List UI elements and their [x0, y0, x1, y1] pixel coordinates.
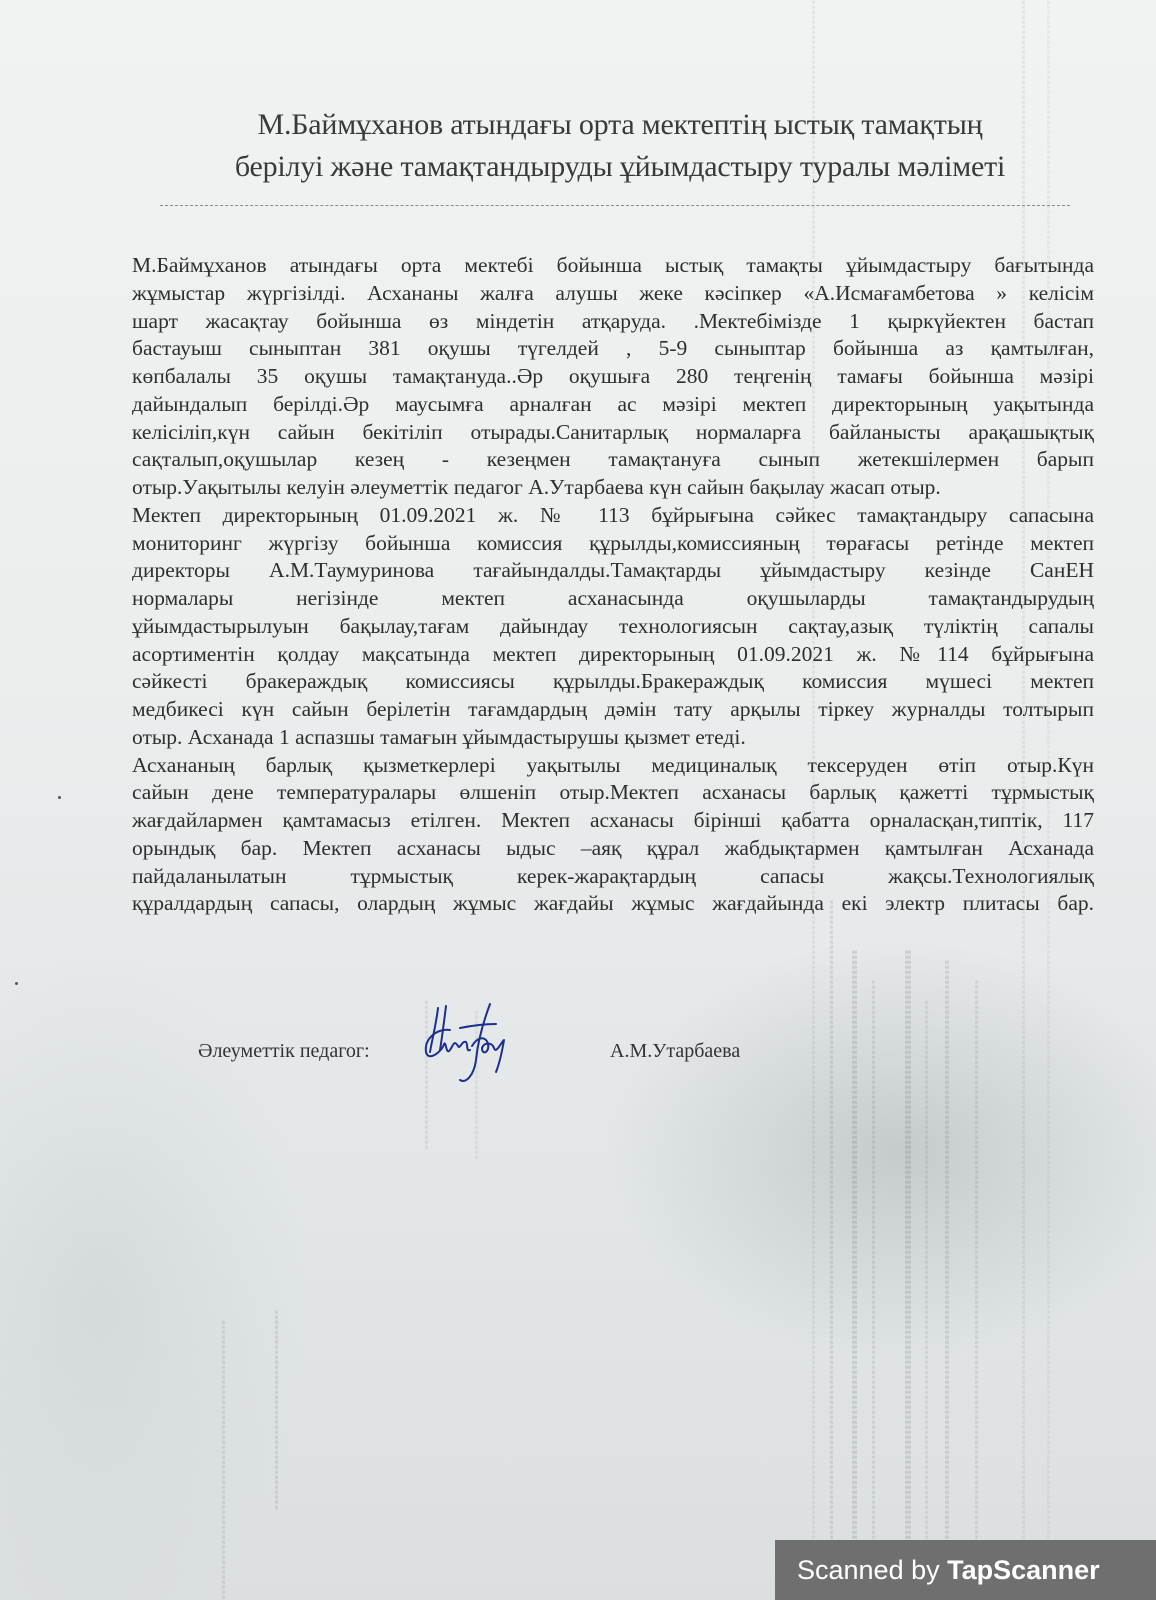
handwritten-signature-icon — [420, 1000, 515, 1090]
body-line: асортиментін қолдау мақсатында мектеп ди… — [132, 641, 1094, 669]
body-line: мониторинг жүргізу бойынша комиссия құры… — [132, 530, 1094, 558]
dotted-divider — [160, 205, 1070, 206]
title-line-2: берілуі және тамақтандыруды ұйымдастыру … — [170, 146, 1070, 188]
body-line: жағдайлармен қамтамасыз етілген. Мектеп … — [132, 807, 1094, 835]
body-line: директоры А.М.Таумуринова тағайындалды.Т… — [132, 557, 1094, 585]
body-line: нормалары негізінде мектеп асханасында о… — [132, 585, 1094, 613]
body-line: медбикесі күн сайын берілетін тағамдарды… — [132, 696, 1094, 724]
body-line: отыр. Асханада 1 аспазшы тамағын ұйымдас… — [132, 724, 1094, 752]
body-line: жұмыстар жүргізілді. Асхананы жалға алуш… — [132, 280, 1094, 308]
body-line: сақталып,оқушылар кезең - кезеңмен тамақ… — [132, 446, 1094, 474]
body-line: отыр.Уақытылы келуін әлеуметтік педагог … — [132, 474, 1094, 502]
speck — [58, 796, 61, 799]
body-line: келісіліп,күн сайын бекітіліп отырады.Са… — [132, 419, 1094, 447]
title-line-1: М.Баймұханов атындағы орта мектептің ыст… — [170, 104, 1070, 146]
body-line: Мектеп директорының 01.09.2021 ж. № 113 … — [132, 502, 1094, 530]
document-title: М.Баймұханов атындағы орта мектептің ыст… — [170, 104, 1070, 188]
body-line: құралдардың сапасы, олардың жұмыс жағдай… — [132, 890, 1094, 918]
body-line: пайдаланылатын тұрмыстық керек-жарақтард… — [132, 863, 1094, 891]
document-body: М.Баймұханов атындағы орта мектебі бойын… — [132, 252, 1094, 918]
watermark-prefix: Scanned by — [797, 1555, 947, 1585]
signature-block: Әлеуметтік педагог: А.М.Утарбаева — [198, 1040, 798, 1080]
body-line: көпбалалы 35 оқушы тамақтануда..Әр оқушы… — [132, 363, 1094, 391]
body-line: сайын дене температуралары өлшеніп отыр.… — [132, 779, 1094, 807]
body-line: дайындалып берілді.Әр маусымға арналған … — [132, 391, 1094, 419]
body-line: М.Баймұханов атындағы орта мектебі бойын… — [132, 252, 1094, 280]
signer-name: А.М.Утарбаева — [610, 1040, 740, 1063]
body-line: бастауыш сыныптан 381 оқушы түгелдей , 5… — [132, 335, 1094, 363]
body-line: орындық бар. Мектеп асханасы ыдыс –аяқ қ… — [132, 835, 1094, 863]
body-line: шарт жасақтау бойынша өз міндетін атқару… — [132, 308, 1094, 336]
watermark-brand: TapScanner — [947, 1555, 1100, 1585]
signer-role-label: Әлеуметтік педагог: — [198, 1040, 370, 1063]
body-line: ұйымдастырылуын бақылау,тағам дайындау т… — [132, 613, 1094, 641]
body-line: Асхананың барлық қызметкерлері уақытылы … — [132, 752, 1094, 780]
scanner-watermark: Scanned by TapScanner — [775, 1540, 1156, 1600]
body-line: сәйкесті бракераждық комиссиясы құрылды.… — [132, 668, 1094, 696]
speck — [15, 982, 18, 985]
